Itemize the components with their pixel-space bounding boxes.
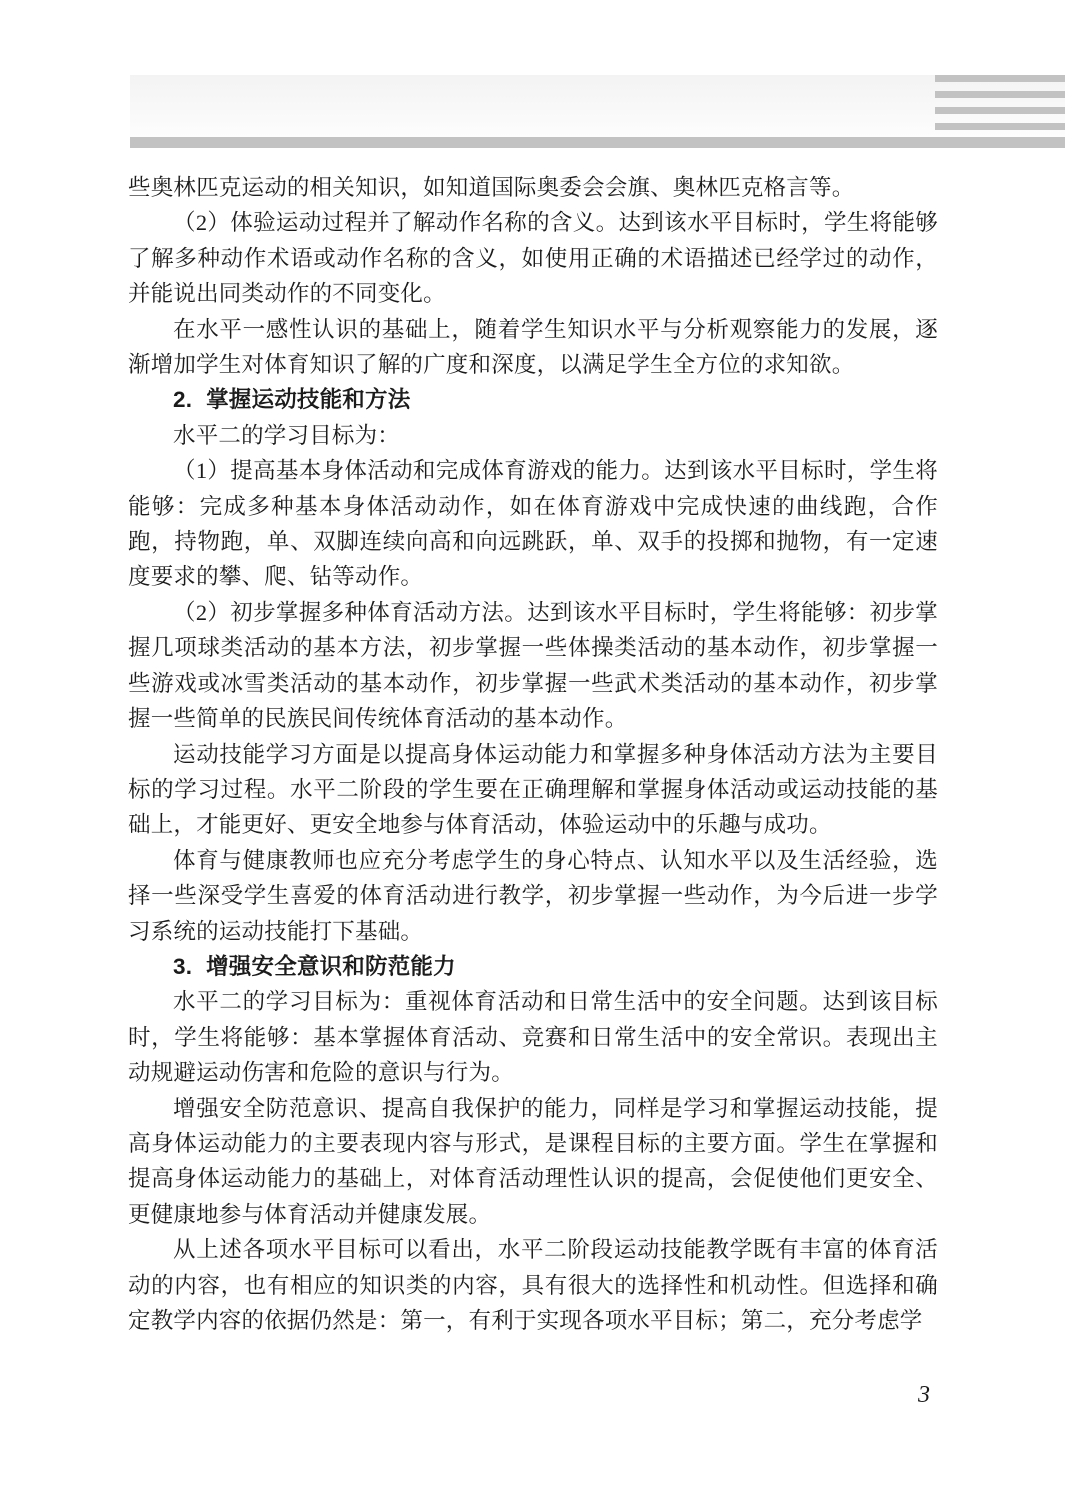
section-heading-title: 增强安全意识和防范能力 [206, 954, 456, 979]
body-text: 些奥林匹克运动的相关知识，如知道国际奥委会会旗、奥林匹克格言等。（2）体验运动过… [128, 170, 938, 1338]
header-stripe [935, 123, 1065, 130]
header-stripe [935, 75, 1065, 82]
paragraph: 水平二的学习目标为： [128, 418, 938, 453]
section-heading-number: 3. [173, 954, 192, 979]
section-heading-number: 2. [173, 387, 192, 412]
paragraph: （1）提高基本身体活动和完成体育游戏的能力。达到该水平目标时，学生将能够：完成多… [128, 453, 938, 595]
paragraph: 从上述各项水平目标可以看出，水平二阶段运动技能教学既有丰富的体育活动的内容，也有… [128, 1232, 938, 1338]
section-heading: 2.掌握运动技能和方法 [128, 382, 938, 417]
paragraph: 运动技能学习方面是以提高身体运动能力和掌握多种身体活动方法为主要目标的学习过程。… [128, 737, 938, 843]
paragraph: （2）初步掌握多种体育活动方法。达到该水平目标时，学生将能够：初步掌握几项球类活… [128, 595, 938, 737]
header-stripe [935, 107, 1065, 114]
paragraph: 些奥林匹克运动的相关知识，如知道国际奥委会会旗、奥林匹克格言等。 [128, 170, 938, 205]
header-stripes-decoration [935, 75, 1065, 129]
section-heading: 3.增强安全意识和防范能力 [128, 949, 938, 984]
paragraph: 增强安全防范意识、提高自我保护的能力，同样是学习和掌握运动技能，提高身体运动能力… [128, 1091, 938, 1233]
section-heading-title: 掌握运动技能和方法 [206, 387, 410, 412]
header-band [130, 75, 1065, 137]
paragraph: 体育与健康教师也应充分考虑学生的身心特点、认知水平以及生活经验，选择一些深受学生… [128, 843, 938, 949]
document-page: { "page": { "background": "#ffffff", "te… [0, 0, 1065, 1507]
header-rule [130, 137, 1065, 148]
paragraph: （2）体验运动过程并了解动作名称的含义。达到该水平目标时，学生将能够了解多种动作… [128, 205, 938, 311]
page-number: 3 [128, 1381, 930, 1409]
paragraph: 水平二的学习目标为：重视体育活动和日常生活中的安全问题。达到该目标时，学生将能够… [128, 984, 938, 1090]
header-stripe [935, 91, 1065, 98]
paragraph: 在水平一感性认识的基础上，随着学生知识水平与分析观察能力的发展，逐渐增加学生对体… [128, 312, 938, 383]
